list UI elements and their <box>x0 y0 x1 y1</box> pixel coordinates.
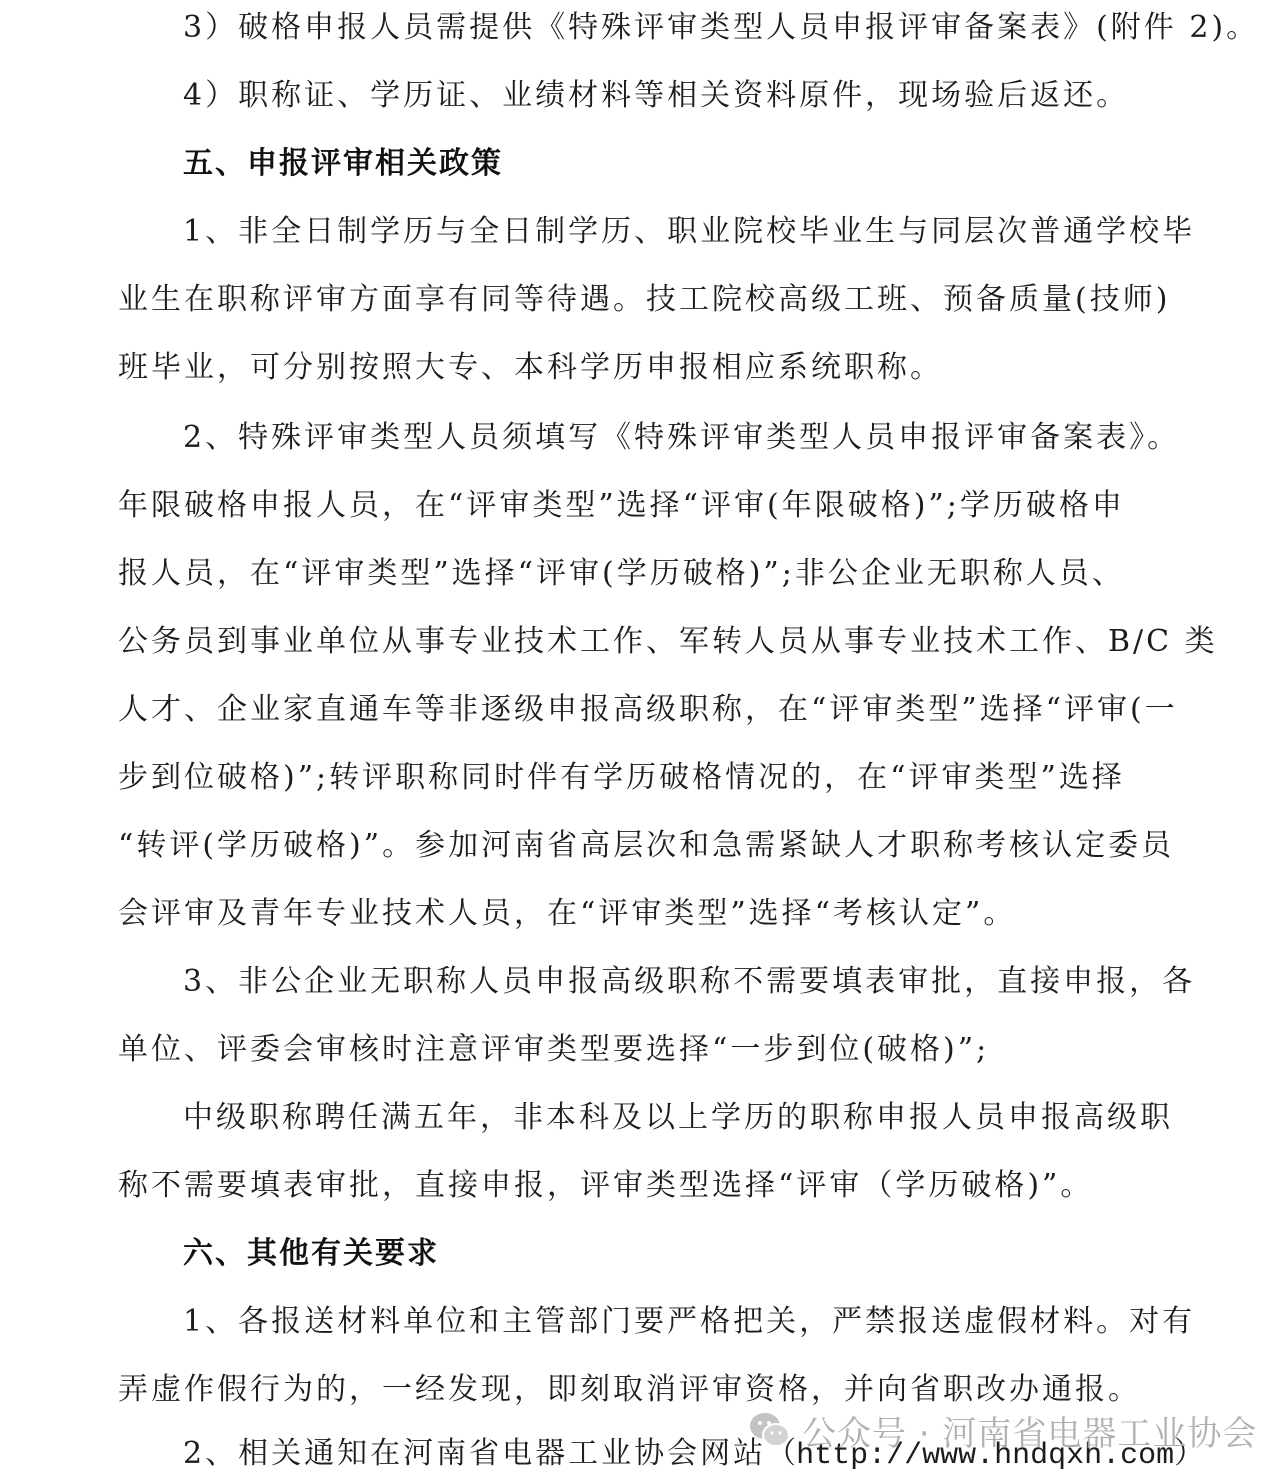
paragraph-line: 年限破格申报人员，在“评审类型”选择“评审(年限破格)”;学历破格申 <box>118 486 1125 526</box>
paragraph-line: 2、特殊评审类型人员须填写《特殊评审类型人员申报评审备案表》。 <box>183 418 1180 458</box>
paragraph-line: 步到位破格)”;转评职称同时伴有学历破格情况的，在“评审类型”选择 <box>118 758 1125 798</box>
wechat-icon <box>748 1408 792 1452</box>
paragraph-line: 业生在职称评审方面享有同等待遇。技工院校高级工班、预备质量(技师) <box>118 280 1170 320</box>
list-item-attachment-form: 3）破格申报人员需提供《特殊评审类型人员申报评审备案表》(附件 2)。 <box>183 8 1259 48</box>
paragraph-line: 称不需要填表审批，直接申报，评审类型选择“评审（学历破格)”。 <box>118 1166 1093 1206</box>
paragraph-line: 1、各报送材料单位和主管部门要严格把关，严禁报送虚假材料。对有 <box>183 1302 1195 1342</box>
paragraph-line: “转评(学历破格)”。参加河南省高层次和急需紧缺人才职称考核认定委员 <box>118 826 1174 866</box>
watermark-text: 公众号 · 河南省电器工业协会 <box>802 1406 1257 1455</box>
document-page: 3）破格申报人员需提供《特殊评审类型人员申报评审备案表》(附件 2)。 4）职称… <box>0 0 1280 1482</box>
paragraph-line: 单位、评委会审核时注意评审类型要选择“一步到位(破格)”; <box>118 1030 989 1070</box>
wechat-watermark: 公众号 · 河南省电器工业协会 <box>748 1400 1257 1460</box>
paragraph-line: 会评审及青年专业技术人员，在“评审类型”选择“考核认定”。 <box>118 894 1016 934</box>
paragraph-line: 中级职称聘任满五年，非本科及以上学历的职称申报人员申报高级职 <box>183 1098 1173 1138</box>
list-item-original-documents: 4）职称证、学历证、业绩材料等相关资料原件，现场验后返还。 <box>183 76 1129 116</box>
paragraph-line: 公务员到事业单位从事专业技术工作、军转人员从事专业技术工作、B/C 类 <box>118 622 1218 662</box>
section-heading-policies: 五、申报评审相关政策 <box>183 144 503 184</box>
paragraph-line: 人才、企业家直通车等非逐级申报高级职称，在“评审类型”选择“评审(一 <box>118 690 1178 730</box>
section-heading-other-requirements: 六、其他有关要求 <box>183 1234 439 1274</box>
paragraph-line: 班毕业，可分别按照大专、本科学历申报相应系统职称。 <box>118 348 943 388</box>
paragraph-line: 3、非公企业无职称人员申报高级职称不需要填表审批，直接申报，各 <box>183 962 1195 1002</box>
website-notice-text: 2、相关通知在河南省电器工业协会网站 <box>183 1436 766 1471</box>
paragraph-line: 报人员，在“评审类型”选择“评审(学历破格)”;非公企业无职称人员、 <box>118 554 1125 594</box>
paragraph-line: 1、非全日制学历与全日制学历、职业院校毕业生与同层次普通学校毕 <box>183 212 1195 252</box>
